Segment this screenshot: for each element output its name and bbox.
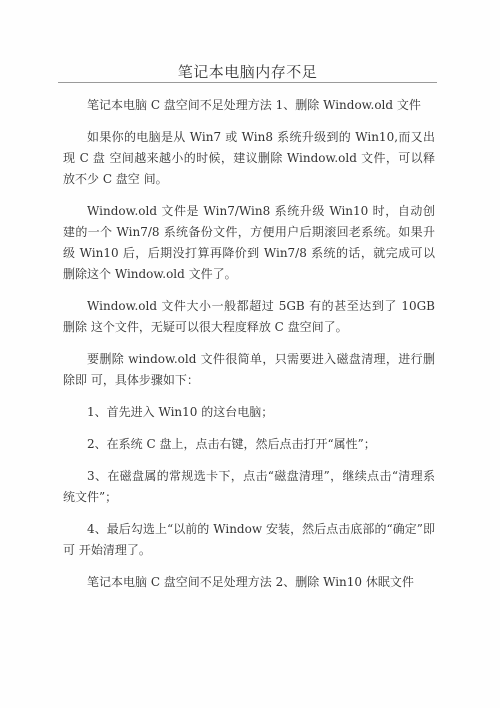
step-1: 1、首先进入 Win10 的这台电脑；	[63, 402, 435, 423]
document-body: 笔记本电脑 C 盘空间不足处理方法 1、删除 Window.old 文件 如果你…	[63, 95, 435, 604]
step-3: 3、在磁盘属的常规选卡下，点击“磁盘清理”，继续点击“清理系 统文件”；	[63, 466, 435, 508]
paragraph-window-old-explained: Window.old 文件是 Win7/Win8 系统升级 Win10 时，自动…	[63, 201, 435, 285]
page-header: 笔记本电脑内存不足	[58, 62, 437, 83]
section-heading-method-2: 笔记本电脑 C 盘空间不足处理方法 2、删除 Win10 休眠文件	[63, 572, 435, 593]
paragraph-how-to-delete: 要删除 window.old 文件很简单，只需要进入磁盘清理，进行删除即 可，具…	[63, 349, 435, 391]
step-4: 4、最后勾选上“以前的 Window 安装，然后点击底部的“确定”即可 开始清理…	[63, 519, 435, 561]
paragraph-file-size: Window.old 文件大小一般都超过 5GB 有的甚至达到了 10GB 删除…	[63, 296, 435, 338]
paragraph-intro: 如果你的电脑是从 Win7 或 Win8 系统升级到的 Win10,而又出现 C…	[63, 127, 435, 190]
section-heading-method-1: 笔记本电脑 C 盘空间不足处理方法 1、删除 Window.old 文件	[63, 95, 435, 116]
header-title: 笔记本电脑内存不足	[178, 63, 318, 81]
step-2: 2、在系统 C 盘上，点击右键，然后点击打开“属性”；	[63, 434, 435, 455]
document-page: 笔记本电脑内存不足 笔记本电脑 C 盘空间不足处理方法 1、删除 Window.…	[0, 0, 500, 708]
